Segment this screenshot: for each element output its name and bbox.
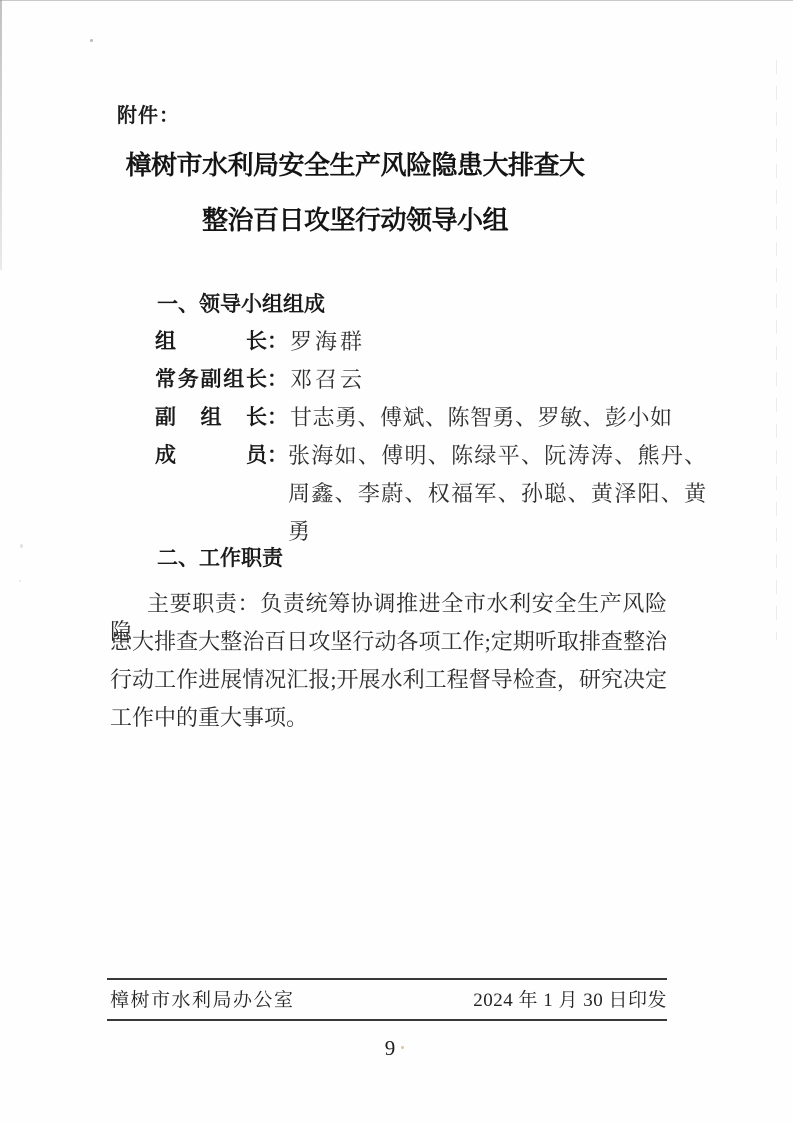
scan-vertical-line-artifact	[776, 60, 777, 640]
roster-colon: ：	[267, 330, 288, 353]
roster-members-line3: 勇	[288, 519, 673, 545]
roster-row-leader: 组长：罗海群	[155, 329, 365, 357]
document-page: 附件： 樟树市水利局安全生产风险隐患大排查大 整治百日攻坚行动领导小组 一、领导…	[0, 0, 793, 1122]
roster-label: 副组长	[155, 405, 267, 431]
roster-label: 组长	[155, 329, 267, 355]
roster-value: 邓召云	[290, 367, 365, 392]
scan-speck	[20, 544, 23, 548]
roster-label: 常务副组长	[155, 367, 267, 393]
scan-top-edge-artifact	[0, 0, 793, 1]
section-heading-composition: 一、领导小组组成	[157, 292, 325, 318]
duties-paragraph-line2: 患大排查大整治百日攻坚行动各项工作;定期听取排查整治	[110, 628, 667, 656]
roster-colon: ：	[267, 368, 288, 391]
duties-paragraph-line4: 工作中的重大事项。	[110, 704, 667, 732]
roster-colon: ：	[267, 444, 288, 467]
scan-speck	[19, 580, 21, 582]
scan-speck	[90, 39, 93, 42]
roster-members-line2: 周鑫、李蔚、权福军、孙聪、黄泽阳、黄	[288, 481, 673, 507]
document-title-line1: 樟树市水利局安全生产风险隐患大排查大	[60, 138, 650, 193]
roster-row-executive-deputy: 常务副组长：邓召云	[155, 367, 365, 395]
roster-row-members: 成员：	[155, 443, 288, 471]
footer-rule-bottom	[107, 1019, 667, 1021]
roster-value: 罗海群	[290, 329, 365, 354]
footer-rule-top	[107, 978, 667, 980]
page-number: 9	[360, 1036, 420, 1061]
document-title-line2: 整治百日攻坚行动领导小组	[60, 193, 650, 248]
roster-label: 成员	[155, 443, 267, 469]
attachment-label: 附件：	[117, 99, 180, 128]
roster-value: 甘志勇、傅斌、陈智勇、罗敏、彭小如	[290, 405, 673, 430]
footer-issuer: 樟树市水利局办公室	[110, 988, 295, 1014]
duties-paragraph-line3: 行动工作进展情况汇报;开展水利工程督导检查，研究决定	[110, 666, 667, 694]
roster-colon: ：	[267, 406, 288, 429]
roster-members-line1: 张海如、傅明、陈绿平、阮涛涛、熊丹、	[288, 443, 673, 469]
footer-print-date: 2024 年 1 月 30 日印发	[367, 988, 667, 1014]
section-heading-duties: 二、工作职责	[157, 546, 283, 572]
scan-left-edge-artifact	[0, 0, 2, 270]
roster-row-deputy-leaders: 副组长：甘志勇、傅斌、陈智勇、罗敏、彭小如	[155, 405, 673, 433]
document-title: 樟树市水利局安全生产风险隐患大排查大 整治百日攻坚行动领导小组	[60, 138, 650, 248]
